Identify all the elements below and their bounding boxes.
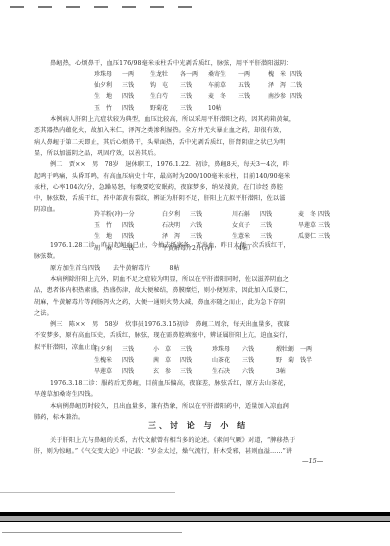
herb-name: 泽 泻 [162,233,180,241]
herb-dose: 六钱 [242,346,254,354]
herb-dose: 四钱 [122,233,134,241]
text-line: 1976.3.18二诊：服药后无鼻衄，目前血压偏高，夜寐差，脉弦舌红，原方去山茶… [50,380,290,388]
herb-name: 瓜蒌仁 [298,233,316,241]
herb-dose: 三钱 [122,346,134,354]
herb-dose: 各一两 [180,71,198,79]
herb-name: 生槐米 [94,357,112,365]
herb-name: 石决明 [162,222,180,230]
text-line: 之法。 [34,310,53,318]
herb-dose: 三钱 [238,93,250,101]
herb-name: 女贞子 [232,222,250,230]
herb-dose: 六钱 [242,368,254,376]
herb-name: 旱莲草 [94,368,112,376]
herb-name: 珍珠母 [212,346,230,354]
herb-name: 玉 竹 [94,105,112,113]
herb-name: 桑寄生 [208,71,226,79]
herb-name: 山茶花 [212,357,230,365]
text-line: 拟平肝潜阳，凉血止血 [34,344,97,352]
text-line: 肺药，标本兼治。 [34,414,84,422]
text-line: 不安梦多，原有高血压史，舌质红，脉弦，现在需鼻腔填塞中，辨证属肝阳上亢，迫血妄行… [34,332,292,340]
herb-dose: 四钱 [122,93,134,101]
herb-dose: 钱半 [300,357,312,365]
herb-dose: 三钱 [190,233,202,241]
text-line: 脉弦数。 [34,253,59,261]
herb-dose: 三钱 [260,233,272,241]
herb-name: 生 地 [94,233,112,241]
text-line: 本例病人肝阴上亢症状较为典型，血压比较高，所以采用平肝潜阳之药，因其药箱黄氟， [50,116,295,124]
herb-name: 玉 竹 [94,222,112,230]
scan-artifact-line [0,492,175,493]
text-line: 1976.1.28二诊，昨日起衄血已止，今抽去纸塞条，无出血，昨日大便一次舌质红… [50,242,290,250]
herb-dose: 三钱 [180,368,192,376]
herb-name: 麦 冬 [298,211,316,219]
herb-dose: 四钱 [318,211,330,219]
text-line: 胡麻，牛黄解毒片等润肠泻火之药，大便一通则火势大减，鼻血亦随之而止，此为急下存阴 [34,299,286,307]
herb-name: 羚羊粉(冲)一分 [94,211,135,219]
herb-dose: 三钱 [180,346,192,354]
herb-name: 生石决 [212,368,230,376]
text-line: 鼻衄热，心烦鼻干，血压176/98毫米汞柱舌中光剥舌质红，脉弦，用平平肝潜阳滋阴… [50,60,292,68]
herb-name: 珍珠母 [94,71,112,79]
herb-dose: 三钱 [318,233,330,241]
scan-top-marks [10,6,192,8]
text-line: 中，脉弦数，舌质干红，苔中部黄有裂纹，辨证为肝阴不足，肝阳上亢拟平肝潜阳，佐以滋 [34,195,286,203]
herb-name: 10帖 [208,105,222,113]
herb-dose: 四钱 [290,93,302,101]
herb-name: 仙夕利 [94,82,112,90]
herb-name: 生龙牡 [150,71,168,79]
herb-dose: 二钱 [290,82,302,90]
text-line: 肝，则为惊衄。”《气交变大论》中记载：“岁金太过，燥气流行，肝木受邪，甚则血溢…… [34,448,292,456]
text-line: 本病例鼻衄历时较久，且出血量多，兼有热象，所以在平肝潜阳药中，适量加入凉血润 [50,403,289,411]
herb-dose: 四钱 [260,211,272,219]
herb-dose: 三钱 [318,222,330,230]
herb-name: 旱莲草 [298,222,316,230]
herb-dose: 六钱 [190,222,202,230]
text-line: 阴凉血。 [34,206,59,214]
herb-name: 槐 米 [268,71,286,79]
herb-name: 麦 冬 [208,93,226,101]
herb-dose: 一两 [300,346,312,354]
herb-name: 生白芍 [150,93,168,101]
page-number: —15— [302,457,323,465]
text-line: 例三 陈×× 男 58岁 炊事员1976.3.15初诊 鼻衄二周余，每天出血量多… [50,321,290,329]
divider [2,532,182,533]
herb-name: 白夕利 [162,211,180,219]
herb-dose: 三钱 [180,105,192,113]
herb-dose: 四钱 [122,368,134,376]
herb-dose: 四钱 [122,105,134,113]
herb-name: 3帖 [276,368,286,376]
section-heading: 三、讨 论 与 小 结 [148,420,248,431]
herb-name: 生 地 [94,93,112,101]
herb-name: 玄 参 [153,368,171,376]
text-line: 例二 贾×× 男 78岁 退休职工，1976.1.22．初诊，鼻衄8天，每天3～… [50,161,289,169]
herb-dose: 五钱 [238,82,250,90]
text-line: 起鸣于鸣痛，头昏耳鸣，有高血压病史十年，最高时为200/100毫米汞柱，目前14… [34,173,290,181]
herb-name: 川石斛 [232,211,250,219]
herb-name: 茜 草 [153,357,171,365]
herb-name: 野 菊 [276,357,294,365]
herb-name: 煅牡蛎 [276,346,294,354]
text-line: 汞柱，心率104次/分，急躁易怒，每晚要吃安眠药，夜寐梦多，纳呆溲黄，在门诊经 … [34,184,283,192]
herb-name: 野菊花 [150,105,168,113]
divider [0,521,390,522]
text-line: 恶其器热内蕴化火，故加入米仁，泽泻之类渗利湿热。全方并无火暴止血之药，却很有效， [34,127,286,135]
text-line: 品，患者体内积热素盛，热盛伤津，故大便秘结，鼻膜糜烂，则小便短赤，因此加入瓜蒌仁… [34,287,292,295]
herb-name: 南沙参 [268,93,286,101]
herb-dose: 四钱 [180,357,192,365]
herb-dose: 一两 [238,71,250,79]
herb-dose: 四钱 [122,222,134,230]
text-line: 显，所以加滋阴之品，巩固疗效，以善其后。 [34,150,160,158]
herb-dose: 一两 [122,71,134,79]
herb-name: 泽 泻 [268,82,286,90]
herb-name: 车前草 [208,82,226,90]
text-line: 关于肝阳上亢与鼻衄的关系，古代文献曾有相当多的论述。《素问气厥》对道，“脾移热于 [50,437,295,445]
text-line: 病人鼻衄于第二天即止，其后心烦鼻干，头晕面热，舌中光剥舌质红，肝肾阴虚之状已为明 [34,139,286,147]
herb-dose: 三钱 [242,357,254,365]
herb-dose: 三钱 [122,82,134,90]
text-line: 旱莲草加桑寄生四钱。 [34,391,97,399]
herb-name: 白夕利 [94,346,112,354]
herb-name: 生薏米 [232,233,250,241]
herb-name: 小 草 [153,346,171,354]
herb-dose: 三钱 [260,222,272,230]
herb-name: 钩 屯 [150,82,168,90]
herb-dose: 三钱 [190,211,202,219]
herb-dose: 四钱 [290,71,302,79]
text-line: 本病例除肝阳上亢外，阴血不足之症较为明显，所以在平肝潜阳同时，佐以滋养阴血之 [50,276,289,284]
herb-dose: 三钱 [180,93,192,101]
herb-dose: 四钱 [122,357,134,365]
text-line: 原方加生首乌四钱 去牛黄解毒片 8帖 [50,265,180,273]
herb-dose: 三钱 [180,82,192,90]
